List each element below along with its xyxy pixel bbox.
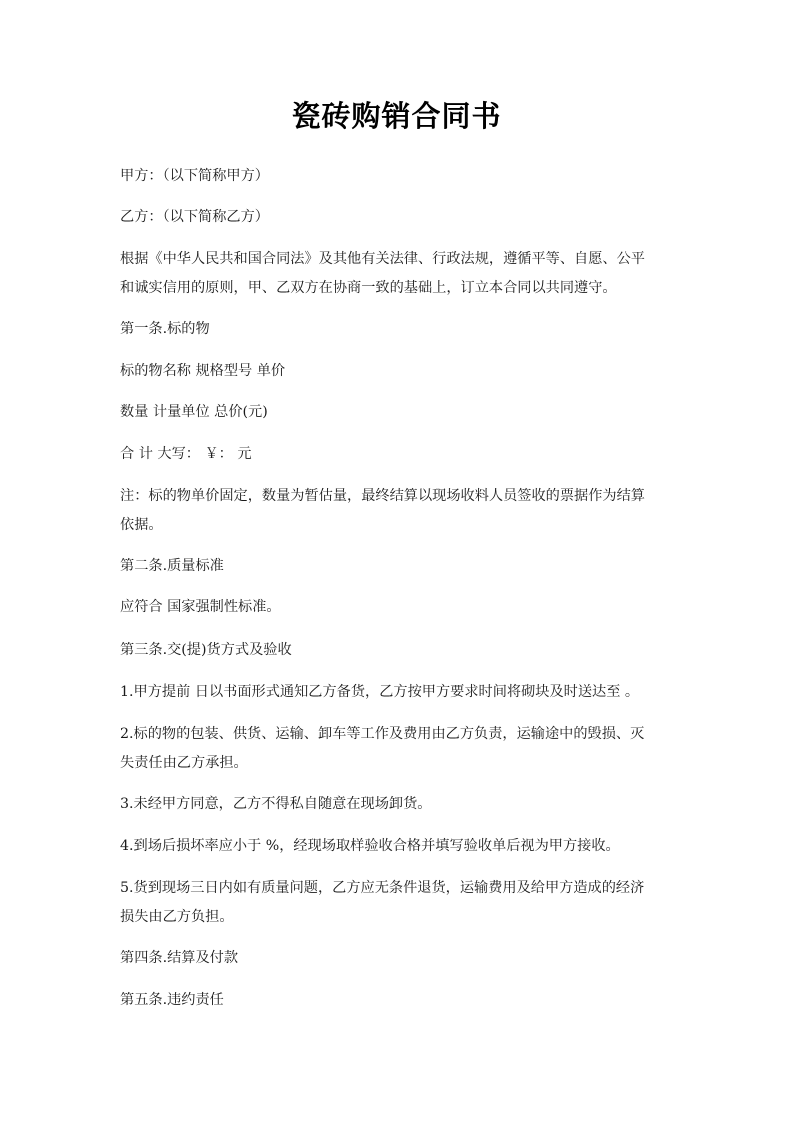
document-title: 瓷砖购销合同书 xyxy=(0,94,793,135)
article-2-heading: 第二条.质量标准 xyxy=(120,552,680,581)
party-a-line: 甲方：（以下简称甲方） xyxy=(120,162,680,191)
article-3-item-2-line-2: 失责任由乙方承担。 xyxy=(120,749,680,778)
article-4-heading: 第四条.结算及付款 xyxy=(120,944,680,973)
article-3-item-5-line-1: 5.货到现场三日内如有质量问题，乙方应无条件退货，运输费用及给甲方造成的经济 xyxy=(120,874,680,903)
article-1-note-line-2: 依据。 xyxy=(120,511,680,540)
article-3-item-3: 3.未经甲方同意，乙方不得私自随意在现场卸货。 xyxy=(120,790,680,819)
article-2-body: 应符合 国家强制性标准。 xyxy=(120,593,680,622)
preamble-line-2: 和诚实信用的原则，甲、乙双方在协商一致的基础上，订立本合同以共同遵守。 xyxy=(120,274,680,303)
article-1-row-1: 标的物名称 规格型号 单价 xyxy=(120,357,680,386)
article-1-total: 合 计 大写： ￥： 元 xyxy=(120,440,680,469)
article-3-item-1: 1.甲方提前 日以书面形式通知乙方备货，乙方按甲方要求时间将砌块及时送达至 。 xyxy=(120,678,680,707)
article-3-item-4: 4.到场后损坏率应小于 %，经现场取样验收合格并填写验收单后视为甲方接收。 xyxy=(120,832,680,861)
article-1-row-2: 数量 计量单位 总价(元) xyxy=(120,398,680,427)
party-b-line: 乙方：（以下简称乙方） xyxy=(120,203,680,232)
article-3-heading: 第三条.交(提)货方式及验收 xyxy=(120,636,680,665)
article-1-note-line-1: 注：标的物单价固定，数量为暂估量，最终结算以现场收料人员签收的票据作为结算 xyxy=(120,482,680,511)
article-3-item-5-line-2: 损失由乙方负担。 xyxy=(120,903,680,932)
article-5-heading: 第五条.违约责任 xyxy=(120,986,680,1015)
article-3-item-2-line-1: 2.标的物的包装、供货、运输、卸车等工作及费用由乙方负责，运输途中的毁损、灭 xyxy=(120,720,680,749)
preamble-line-1: 根据《中华人民共和国合同法》及其他有关法律、行政法规，遵循平等、自愿、公平 xyxy=(120,245,680,274)
article-1-heading: 第一条.标的物 xyxy=(120,315,680,344)
